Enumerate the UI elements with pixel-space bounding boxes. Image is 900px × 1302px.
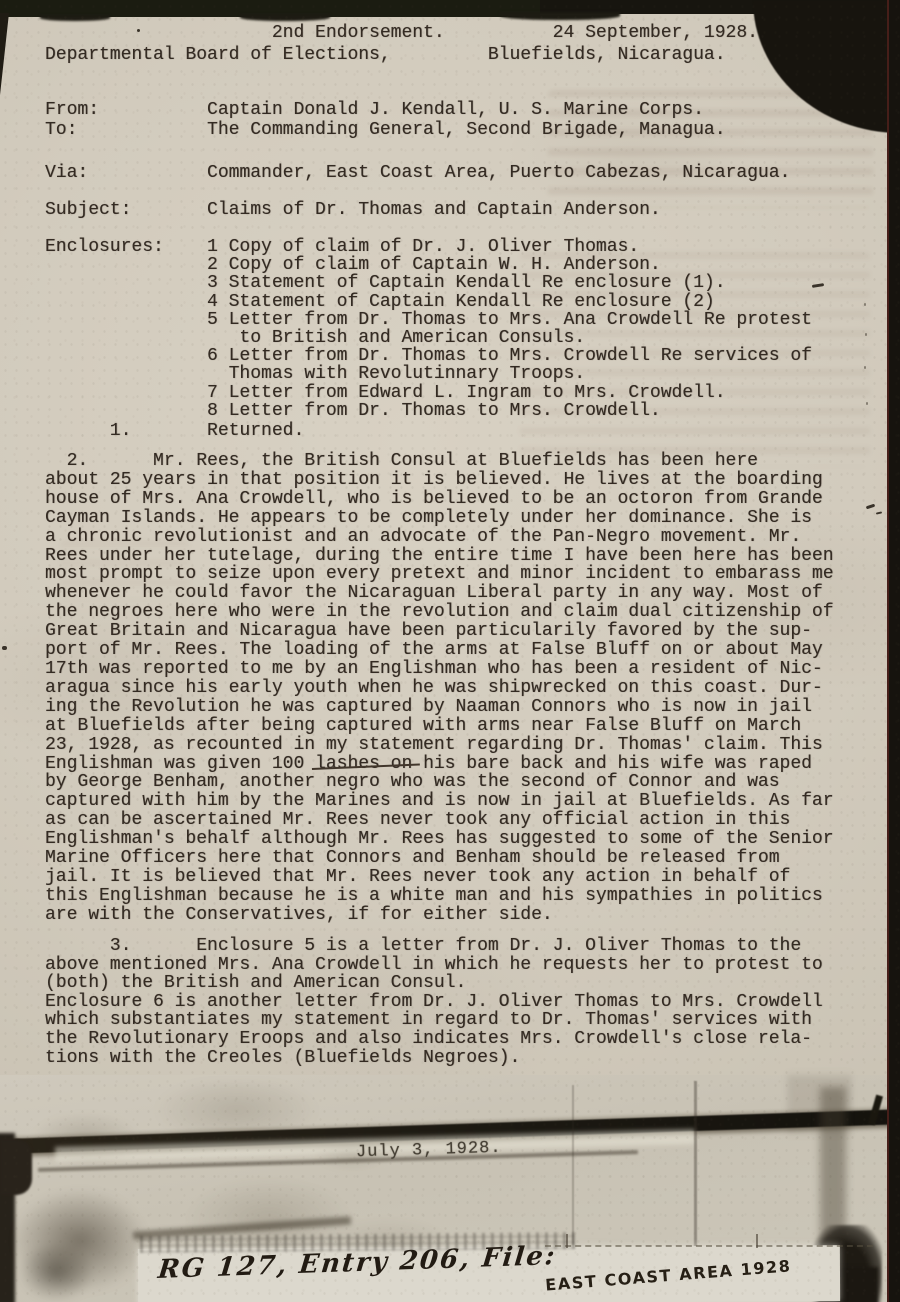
ink-speck — [137, 29, 140, 32]
pencil-dashed-line — [545, 1245, 873, 1247]
edge-speck — [2, 646, 7, 650]
band-irregularity — [240, 14, 330, 21]
scan-corner-wedge — [0, 13, 9, 95]
pencil-tick — [756, 1234, 758, 1248]
field-subject: Subject: Claims of Dr. Thomas and Captai… — [45, 200, 661, 220]
strikethrough-text: lashes on — [315, 754, 412, 774]
field-from-to: From: Captain Donald J. Kendall, U. S. M… — [45, 100, 726, 140]
stray-dash-mark — [812, 283, 824, 288]
scanned-document-page: 2nd Endorsement. 24 September, 1928.Depa… — [0, 0, 900, 1302]
document-heading: 2nd Endorsement. 24 September, 1928.Depa… — [45, 22, 758, 66]
to-line: To: The Commanding General, Second Briga… — [45, 120, 726, 140]
margin-squiggle — [866, 504, 875, 510]
scan-corner-blob — [753, 0, 900, 133]
paragraph-2-text-a: 2. Mr. Rees, the British Consul at Bluef… — [45, 451, 834, 774]
margin-tick — [865, 333, 867, 336]
heading-line-board-location: Departmental Board of Elections, Bluefie… — [45, 45, 726, 65]
field-via: Via: Commander, East Coast Area, Puerto … — [45, 163, 790, 183]
frame-corner-curl — [0, 1139, 32, 1195]
margin-tick — [864, 366, 866, 369]
page-right-edge — [887, 0, 900, 1302]
paragraph-2-text-b: his bare back and his wife was raped by … — [45, 754, 834, 925]
band-irregularity — [500, 12, 620, 20]
returned-note: 1. Returned. — [45, 421, 304, 441]
paragraph-2: 2. Mr. Rees, the British Consul at Bluef… — [45, 452, 834, 925]
bottom-photocopy-zone: July 3, 1928. RG 127, Entry 206, File: E… — [0, 1075, 900, 1302]
enclosures-list: Enclosures: 1 Copy of claim of Dr. J. Ol… — [45, 238, 812, 420]
margin-squiggle — [876, 511, 882, 514]
paragraph-3: 3. Enclosure 5 is a letter from Dr. J. O… — [45, 937, 823, 1067]
pencil-tick — [566, 1234, 568, 1248]
vertical-crease-line — [572, 1085, 574, 1245]
from-line: From: Captain Donald J. Kendall, U. S. M… — [45, 100, 704, 120]
margin-tick — [866, 402, 868, 405]
margin-tick — [864, 303, 866, 306]
heading-line-endorsement-date: 2nd Endorsement. 24 September, 1928. — [45, 23, 758, 43]
band-irregularity — [40, 15, 110, 21]
